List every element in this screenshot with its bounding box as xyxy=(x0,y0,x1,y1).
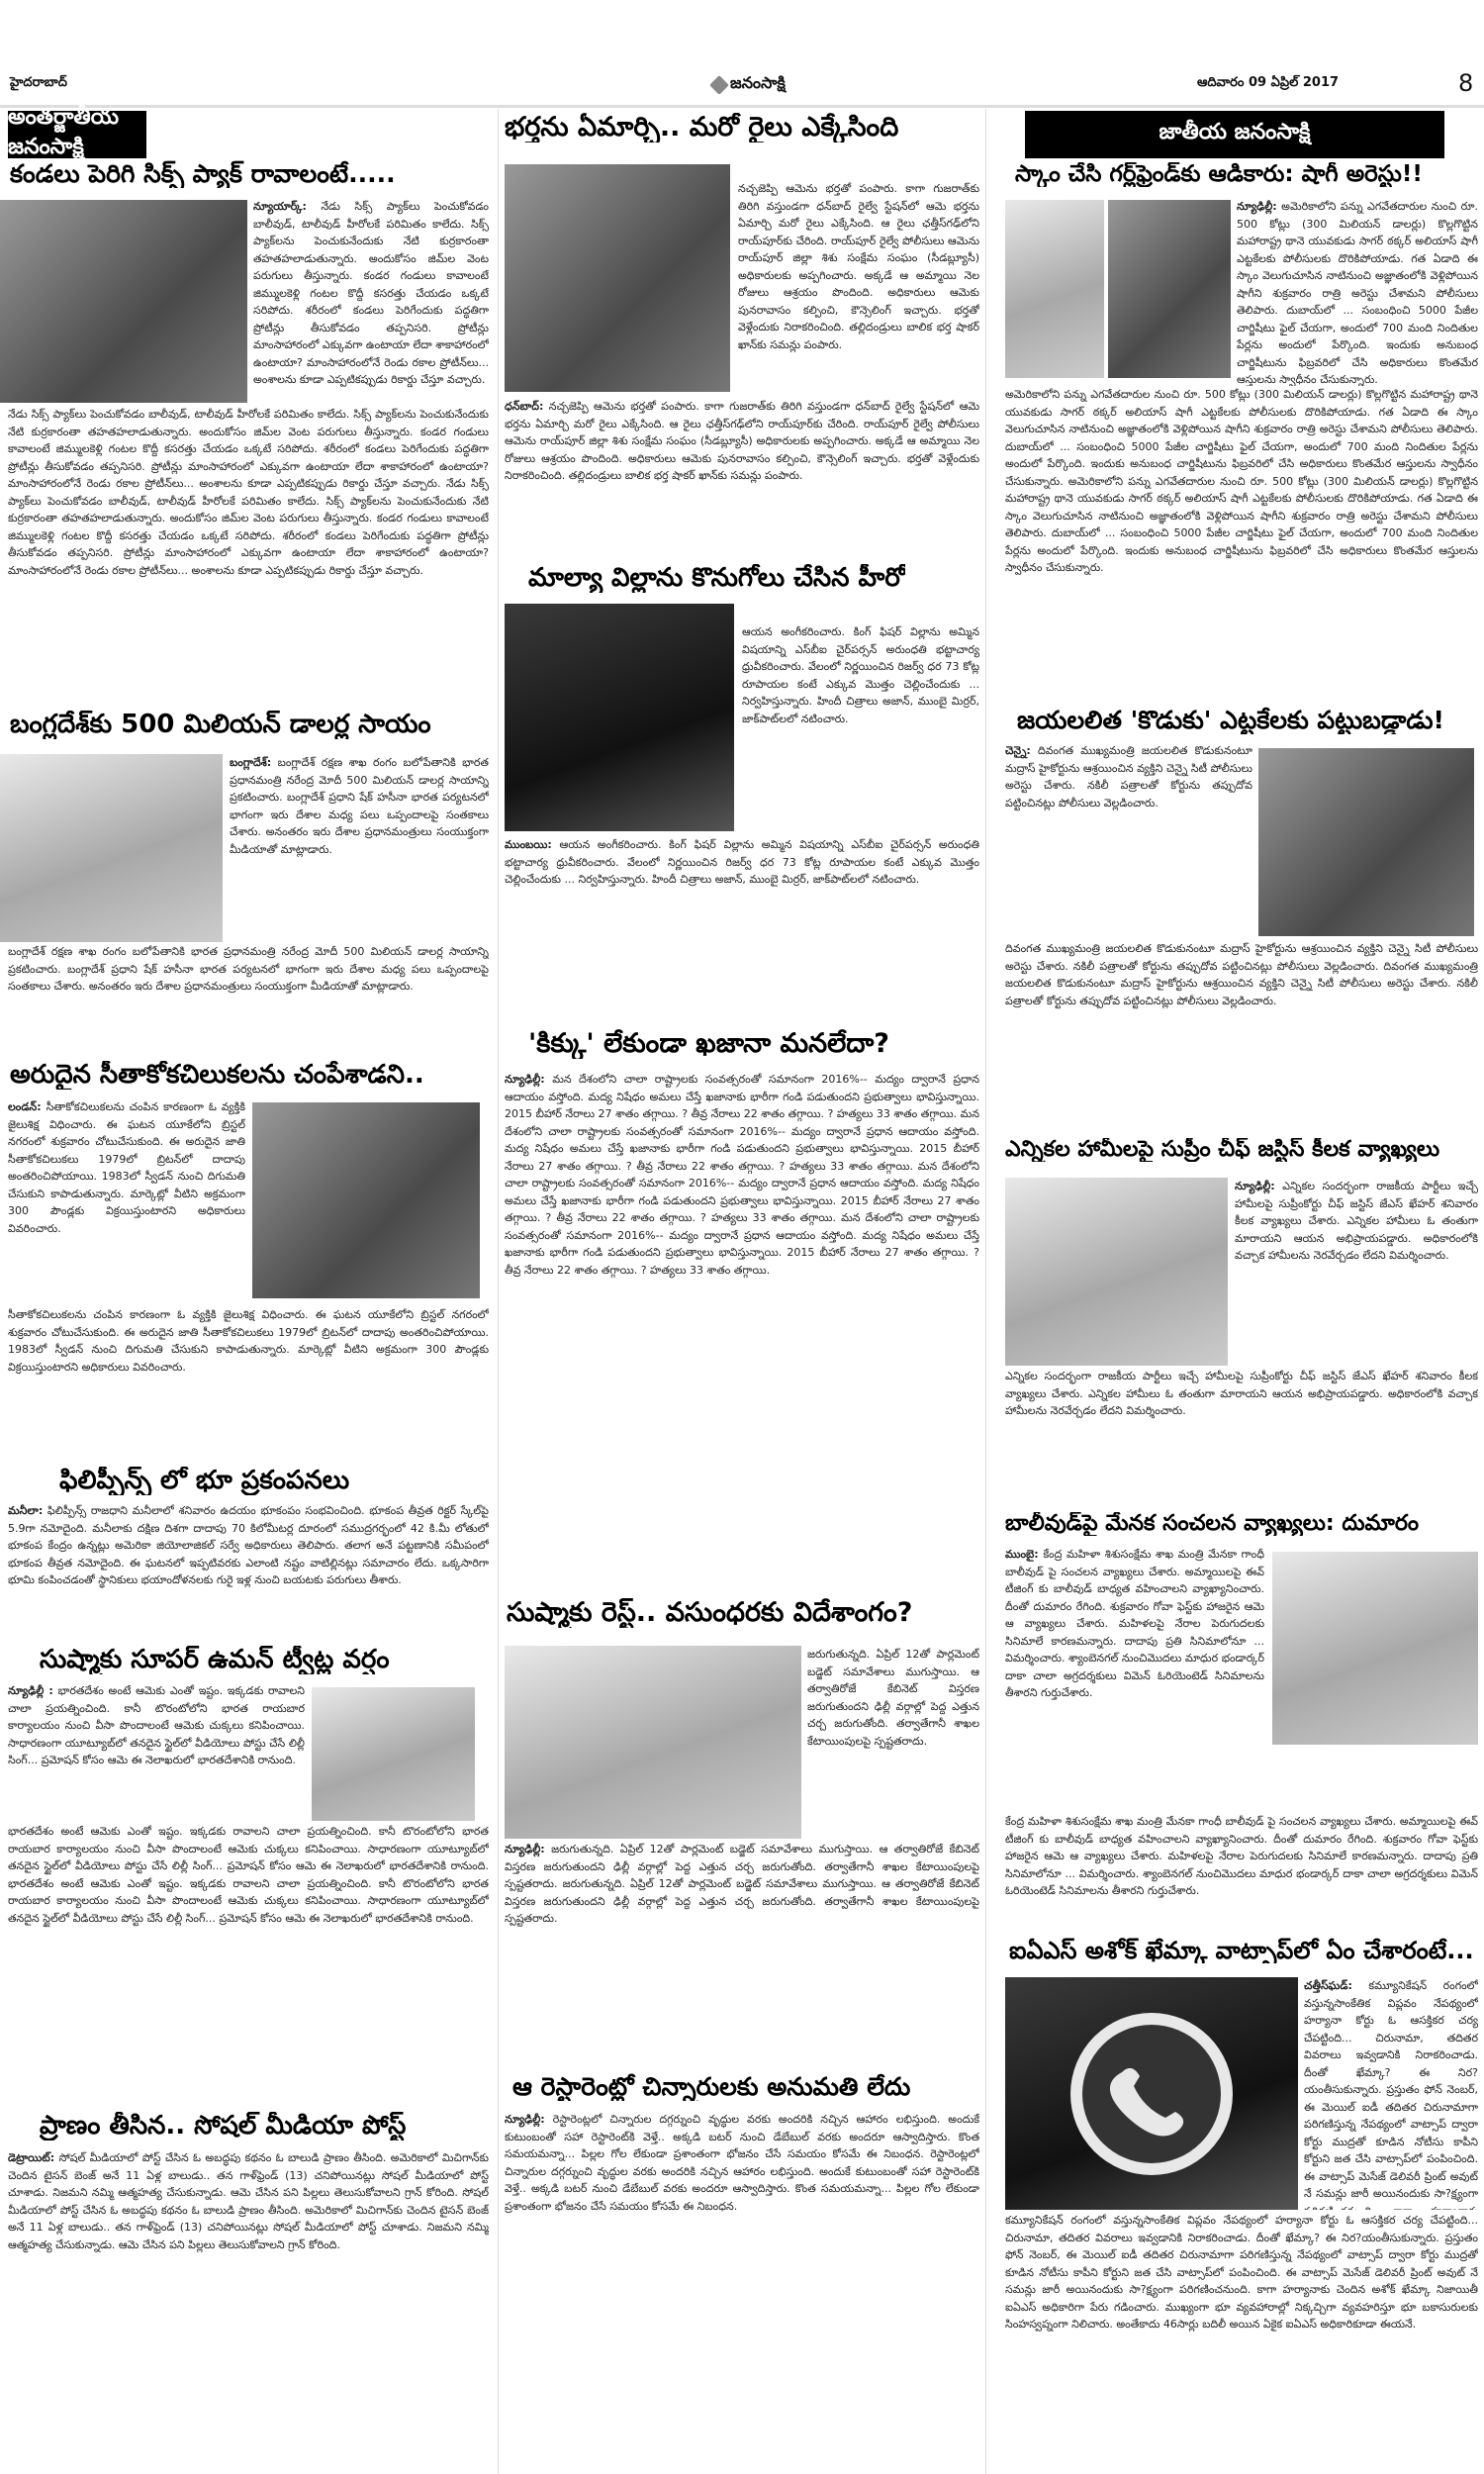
headline-sixpack: కండలు పెరిగి సిక్స్ ప్యాక్ రావాలంటే..... xyxy=(10,160,396,188)
paper-name: జనంసాక్షి xyxy=(730,73,786,96)
article-husband-body-a: నచ్చజెప్పి ఆమెను భర్తతో పంపారు. కాగా గుజ… xyxy=(738,180,979,398)
headline-sushma-rest: సుష్మాకు రెస్ట్.. వసుంధరకు విదేశాంగం? xyxy=(507,1598,912,1628)
protest-photo xyxy=(505,164,730,392)
article-sushma-body-a: జరుగుతున్నది. ఏప్రిల్ 12తో పార్లమెంట్ బడ… xyxy=(807,1646,979,1839)
headline-khemka: ఐఏఎస్ అశోక్ ఖేమ్కా వాట్సాప్‌లో ఏం చేశారం… xyxy=(1009,1938,1474,1963)
headline-bangladesh: బంగ్లదేశ్‌కు 500 మిలియన్ డాలర్ల సాయం xyxy=(10,711,431,739)
left-column: అంతర్జాతీయ జనంసాక్షి కండలు పెరిగి సిక్స్… xyxy=(0,109,495,2474)
abs-photo xyxy=(0,200,247,403)
city-label: హైదరాబాద్ xyxy=(10,75,67,93)
issue-date: ఆదివారం 09 ఏప్రిల్ 2017 xyxy=(1197,75,1339,93)
headline-socialpost: ప్రాణం తీసిన.. సోషల్ మీడియా పోస్ట్ xyxy=(40,2112,406,2141)
page-number: 8 xyxy=(1458,69,1473,97)
section-title: అంతర్జాతీయ జనంసాక్షి xyxy=(8,105,142,164)
article-superwoman-body-b: భారతదేశం అంటే ఆమెకు ఎంతో ఇష్టం. ఇక్కడకు … xyxy=(8,1823,489,2110)
right-column: జాతీయ జనంసాక్షి స్కాం చేసి గర్ల్‌ఫ్రెండ్… xyxy=(989,109,1484,2474)
article-maneka-body-b: కేంద్ర మహిళా శిశుసంక్షేమ శాఖ మంత్రి మేనక… xyxy=(1005,1813,1478,1937)
article-mallya-body-b: ముంబయి: ఆయన అంగీకరించారు. కింగ్ ఫిషర్ వి… xyxy=(505,836,979,1016)
justice-khehar-photo xyxy=(1005,1178,1228,1366)
section-title: జాతీయ జనంసాక్షి xyxy=(1159,120,1310,149)
article-jayalalitha-body-b: దివంగత ముఖ్యమంత్రి జయలలిత కొడుకునంటూ మద్… xyxy=(1005,940,1478,1138)
jayalalitha-son-photo xyxy=(1258,748,1474,936)
headline-kick: 'కిక్కు' లేకుండా ఖజానా మనలేదా? xyxy=(528,1029,889,1059)
sushma-vasundhara-photo xyxy=(505,1646,801,1839)
shaggy-photo xyxy=(1005,200,1104,378)
article-khemka-body-a: చత్తీస్‌ఘడ్: కమ్యూనికేషన్ రంగంలో వస్తున్… xyxy=(1304,1977,1478,2210)
headline-butterflies: అరుదైన సీతాకోకచిలుకలను చంపేశాడని.. xyxy=(10,1061,424,1090)
middle-column: భర్తను ఏమార్చి.. మరో రైలు ఎక్కేసింది నచ్… xyxy=(498,109,986,2474)
headline-superwoman: సుష్మాకు సూపర్ ఉమన్ ట్వీట్ల వర్షం xyxy=(40,1646,390,1674)
kingfisher-villa-photo xyxy=(505,604,734,831)
article-maneka-body-a: ముంబై: కేంద్ర మహిళా శిశుసంక్షేమ శాఖ మంత్… xyxy=(1005,1546,1264,1813)
article-sixpack-body-a: న్యూయార్క్: నేడు సిక్స్ ప్యాక్‌లు పెంచుక… xyxy=(253,198,489,406)
section-banner-international: అంతర్జాతీయ జనంసాక్షి xyxy=(8,111,142,158)
article-bangladesh-body: బంగ్లాదేశ్: బంగ్లాదేశ్ రక్షణ శాఖ రంగం బల… xyxy=(230,754,489,942)
article-butterflies-body: లండన్: సీతాకోకచిలుకలను చంపిన కారణంగా ఓ వ… xyxy=(8,1098,245,1306)
paper-logo: జనంసాక్షి xyxy=(712,73,786,96)
maneka-gandhi-photo xyxy=(1272,1552,1478,1745)
article-chiefjustice-body-a: న్యూఢిల్లీ: ఎన్నికల సందర్భంగా రాజకీయ పార… xyxy=(1235,1178,1478,1366)
article-shaggy-body-a: న్యూఢిల్లీ: అమెరికాలోని పన్ను ఎగవేతదారుల… xyxy=(1237,198,1478,386)
article-jayalalitha-body-a: చెన్నై: దివంగత ముఖ్యమంత్రి జయలలిత కొడుకు… xyxy=(1005,742,1252,940)
masthead-divider xyxy=(0,105,1484,108)
article-butterflies-body-b: సీతాకోకచిలుకలను చంపిన కారణంగా ఓ వ్యక్తిక… xyxy=(8,1306,489,1465)
article-khemka-body-b: కమ్యూనికేషన్ రంగంలో వస్తున్నసాంకేతిక విప… xyxy=(1005,2212,1478,2439)
newspaper-page: హైదరాబాద్ జనంసాక్షి ఆదివారం 09 ఏప్రిల్ 2… xyxy=(0,0,1484,2474)
headline-restaurant: ఆ రెస్టారెంట్లో చిన్నారులకు అనుమతి లేదు xyxy=(512,2073,910,2101)
article-superwoman-body: న్యూఢిల్లీ : భారతదేశం అంటే ఆమెకు ఎంతో ఇష… xyxy=(8,1682,305,1821)
article-sushma-body-b: న్యూఢిల్లీ: జరుగుతున్నది. ఏప్రిల్ 12తో ప… xyxy=(505,1841,979,2068)
masthead: హైదరాబాద్ జనంసాక్షి ఆదివారం 09 ఏప్రిల్ 2… xyxy=(0,59,1484,105)
article-socialpost-body: డెట్రాయిట్: సోషల్ మీడియాలో పోస్ట్ చేసిన … xyxy=(8,2149,489,2446)
article-restaurant-body: న్యూఢిల్లీ: రెస్టారెంట్లలో చిన్నారుల దగ్… xyxy=(505,2111,979,2408)
section-banner-national: జాతీయ జనంసాక్షి xyxy=(1025,111,1444,158)
logo-icon xyxy=(709,75,729,95)
whatsapp-icon xyxy=(1005,1977,1298,2210)
article-kick-body: న్యూఢిల్లీ: మన దేశంలోని చాలా రాష్ట్రాలకు… xyxy=(505,1071,979,1595)
headline-mallya: మాల్యా విల్లాను కొనుగోలు చేసిన హీరో xyxy=(528,564,905,593)
article-mallya-body-a: ఆయన అంగీకరించారు. కింగ్ ఫిషర్ విల్లాను అ… xyxy=(742,623,979,836)
article-shaggy-body-b: అమెరికాలోని పన్ను ఎగవేతదారుల నుంచి రూ. 5… xyxy=(1005,386,1478,703)
whatsapp-logo-photo xyxy=(1005,1977,1298,2210)
article-philippines-body: మనీలా: ఫిలిప్పీన్స్ రాజధాని మనీలాలో శనివ… xyxy=(8,1502,489,1641)
shaggy-photo-2 xyxy=(1108,200,1231,378)
butterfly-photo xyxy=(252,1102,480,1298)
lilly-singh-photo xyxy=(312,1687,475,1821)
headline-philippines: ఫిలిప్పీన్స్ లో భూ ప్రకంపనలు xyxy=(59,1467,349,1495)
article-chiefjustice-body-b: ఎన్నికల సందర్భంగా రాజకీయ పార్టీలు ఇచ్చే … xyxy=(1005,1368,1478,1506)
headline-chiefjustice: ఎన్నికల హామీలపై సుప్రీం చీఫ్ జస్టిస్ కీల… xyxy=(1005,1138,1439,1162)
headline-jayalalitha: జయలలిత 'కొడుకు' ఎట్టకేలకు పట్టుబడ్డాడు! xyxy=(1017,707,1444,734)
article-sixpack-body-b: నేడు సిక్స్ ప్యాక్‌లు పెంచుకోవడం బాలీవుడ… xyxy=(8,406,489,698)
modi-hasina-photo xyxy=(0,754,223,942)
headline-husband: భర్తను ఏమార్చి.. మరో రైలు ఎక్కేసింది xyxy=(505,113,898,143)
headline-maneka: బాలీవుడ్‌పై మేనక సంచలన వ్యాఖ్యలు: దుమారం xyxy=(1005,1512,1419,1536)
headline-shaggy: స్కాం చేసి గర్ల్‌ఫ్రెండ్‌కు ఆడికారు: షాగ… xyxy=(1015,162,1423,187)
article-bangladesh-body-b: బంగ్లాదేశ్ రక్షణ శాఖ రంగం బలోపేతానికి భా… xyxy=(8,943,489,1060)
